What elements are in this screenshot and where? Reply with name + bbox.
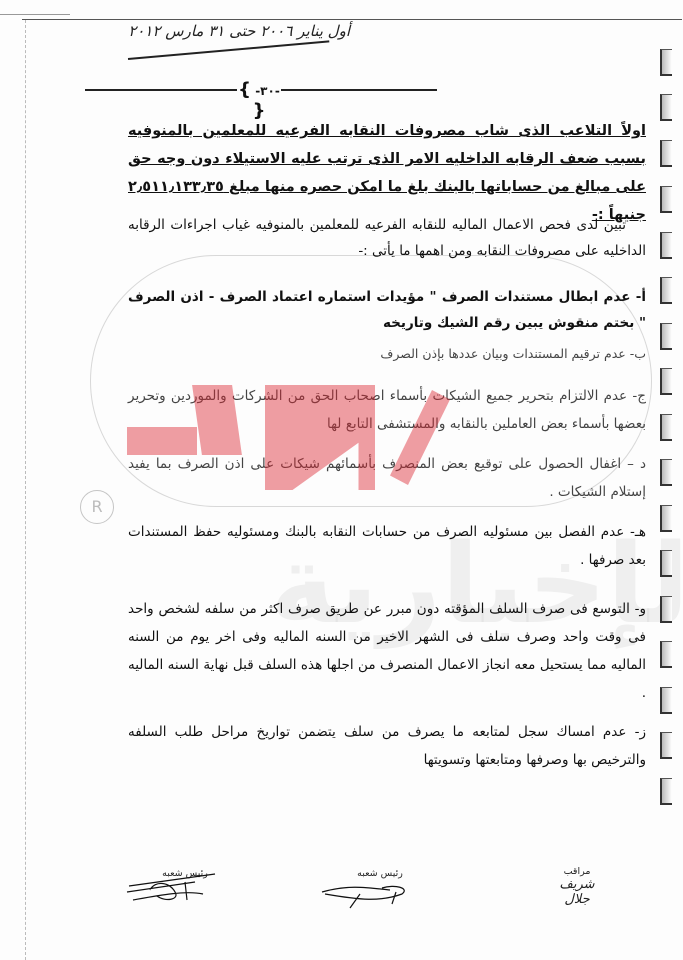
item-text: عدم ابطال مستندات الصرف " مؤيدات استماره… [128,289,646,331]
page-top-border [22,19,682,20]
item-label: ج- [632,388,646,404]
binder-hole [660,140,672,167]
signature-title: مراقب [557,866,597,877]
list-item-e: هـ- عدم الفصل بين مسئوليه الصرف من حسابا… [128,518,646,574]
scan-edge-line [0,14,70,15]
intro-paragraph: تبين لدى فحص الاعمال الماليه للنقابه الف… [128,212,646,264]
binder-hole [660,641,672,668]
signature-block-observer: مراقب شريف جلال [557,866,597,907]
binder-hole [660,732,672,759]
item-text: عدم الالتزام بتحرير جميع الشيكات بأسماء … [128,388,646,432]
binder-hole [660,323,672,350]
divider-right [281,89,437,91]
binder-hole [660,368,672,395]
list-item-b: ب- عدم ترقيم المستندات وبيان عددها بإذن … [128,341,646,367]
binder-hole [660,186,672,213]
list-item-d: د – اغفال الحصول على توقيع بعض المنصرف ب… [128,450,646,506]
page-left-border [25,20,26,960]
page-number: { -٣٠- } [237,80,281,122]
binder-hole [660,505,672,532]
open-brace: { [238,79,251,100]
signature-handwriting: شريف جلال [557,877,597,907]
binder-hole [660,232,672,259]
item-label: ز- [635,724,646,740]
signature-title: رئيس شعبه [355,868,405,879]
signature-scribble [125,872,225,906]
binder-hole [660,550,672,577]
item-text: عدم الفصل بين مسئوليه الصرف من حسابات ال… [128,524,646,568]
item-text: عدم ترقيم المستندات وبيان عددها بإذن الص… [380,346,625,361]
item-text: التوسع فى صرف السلف المؤقته دون مبرر عن … [128,601,646,701]
signature-scribble [320,880,420,910]
binder-hole [660,414,672,441]
intro-text: تبين لدى فحص الاعمال الماليه للنقابه الف… [128,212,646,264]
list-item-f: و- التوسع فى صرف السلف المؤقته دون مبرر … [128,595,646,707]
divider-left [85,89,237,91]
list-item-c: ج- عدم الالتزام بتحرير جميع الشيكات بأسم… [128,382,646,438]
item-label: د – [627,456,646,472]
binder-hole [660,687,672,714]
item-label: ب- [630,346,646,361]
handwritten-underline [128,40,329,59]
item-label: أ- [636,289,646,305]
item-text: اغفال الحصول على توقيع بعض المنصرف بأسما… [128,456,646,500]
list-item-g: ز- عدم امساك سجل لمتابعه ما يصرف من سلف … [128,718,646,774]
page-number-text: -٣٠- [255,84,280,98]
signature-block-section-head-1: رئيس شعبه [355,868,405,879]
item-text: عدم امساك سجل لمتابعه ما يصرف من سلف يتض… [128,724,646,768]
registered-mark-icon: R [80,490,114,524]
page-number-row: { -٣٠- } [85,80,437,100]
binder-hole [660,49,672,76]
item-label: و- [635,601,646,617]
list-item-a: أ- عدم ابطال مستندات الصرف " مؤيدات استم… [128,284,646,336]
binder-hole [660,459,672,486]
binder-hole [660,277,672,304]
scanned-document-page: أول يناير ٢٠٠٦ حتى ٣١ مارس ٢٠١٢ { -٣٠- }… [0,0,683,960]
handwritten-date-note: أول يناير ٢٠٠٦ حتى ٣١ مارس ٢٠١٢ [150,22,350,40]
binder-hole [660,778,672,805]
item-label: هـ- [630,524,646,540]
binder-hole [660,596,672,623]
binder-hole [660,94,672,121]
